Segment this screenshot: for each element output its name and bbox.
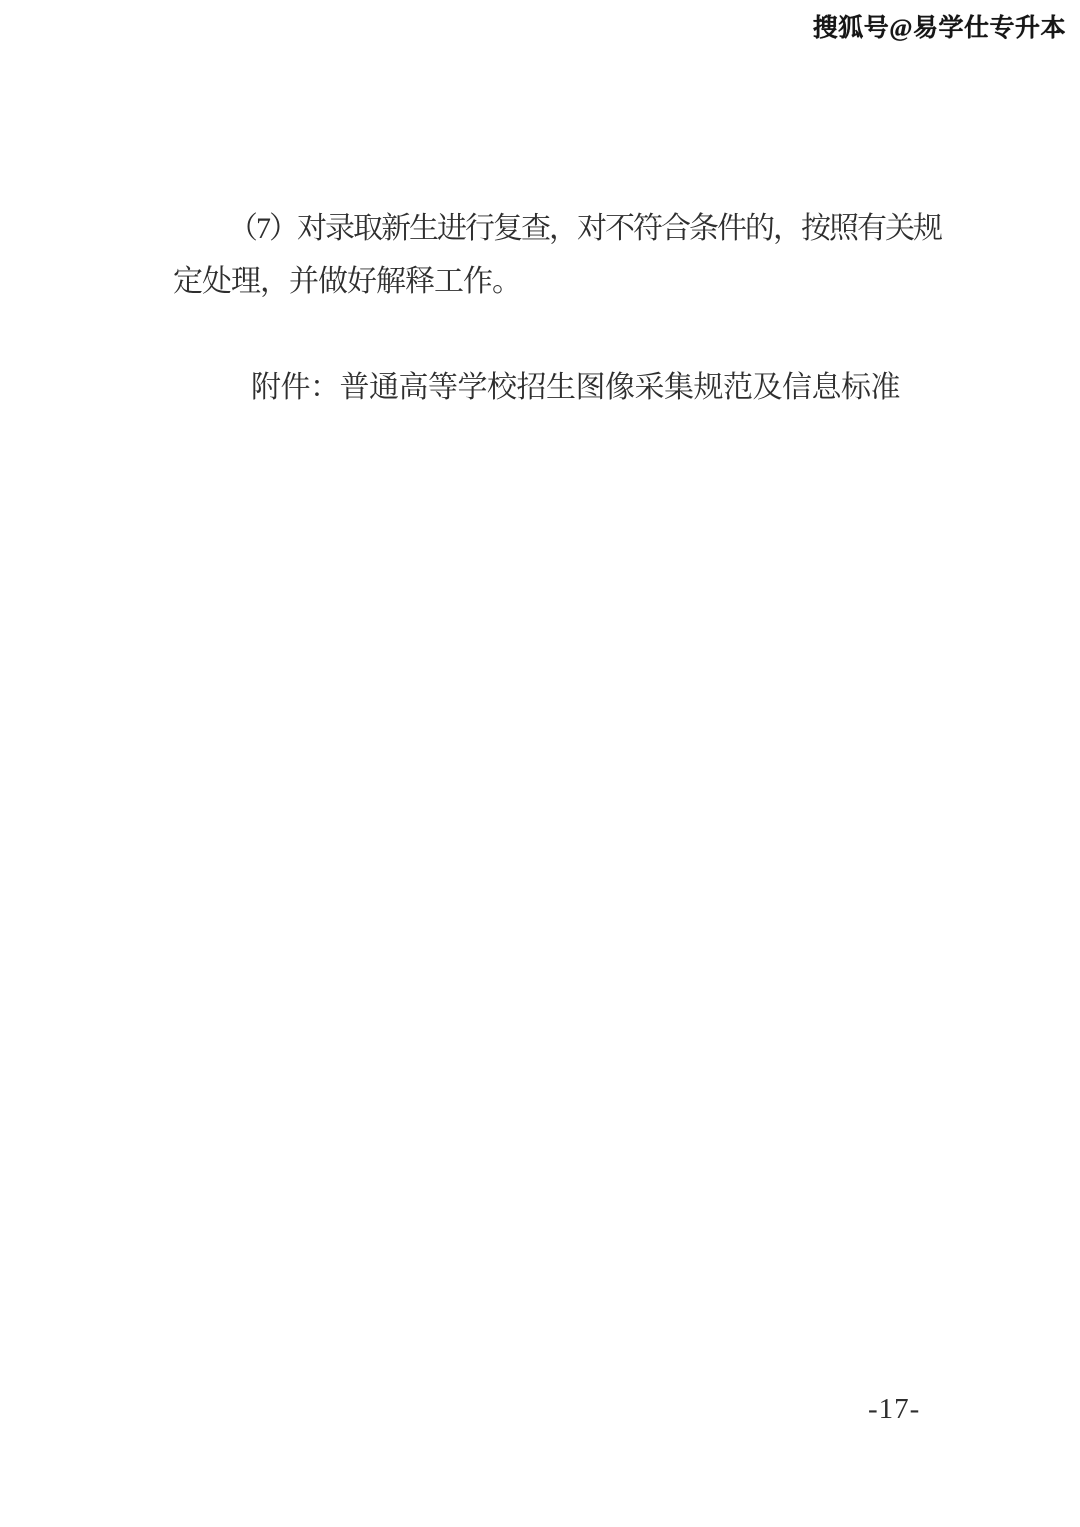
- attachment-line: 附件：普通高等学校招生图像采集规范及信息标准: [251, 362, 900, 406]
- page-number: -17-: [868, 1393, 920, 1426]
- watermark-text: 搜狐号@易学仕专升本: [813, 8, 1066, 44]
- document-page: 搜狐号@易学仕专升本 （7）对录取新生进行复查，对不符合条件的，按照有关规 定处…: [0, 0, 1080, 1527]
- paragraph-line-1: （7）对录取新生进行复查，对不符合条件的，按照有关规: [228, 203, 941, 247]
- paragraph-line-2: 定处理，并做好解释工作。: [173, 256, 521, 300]
